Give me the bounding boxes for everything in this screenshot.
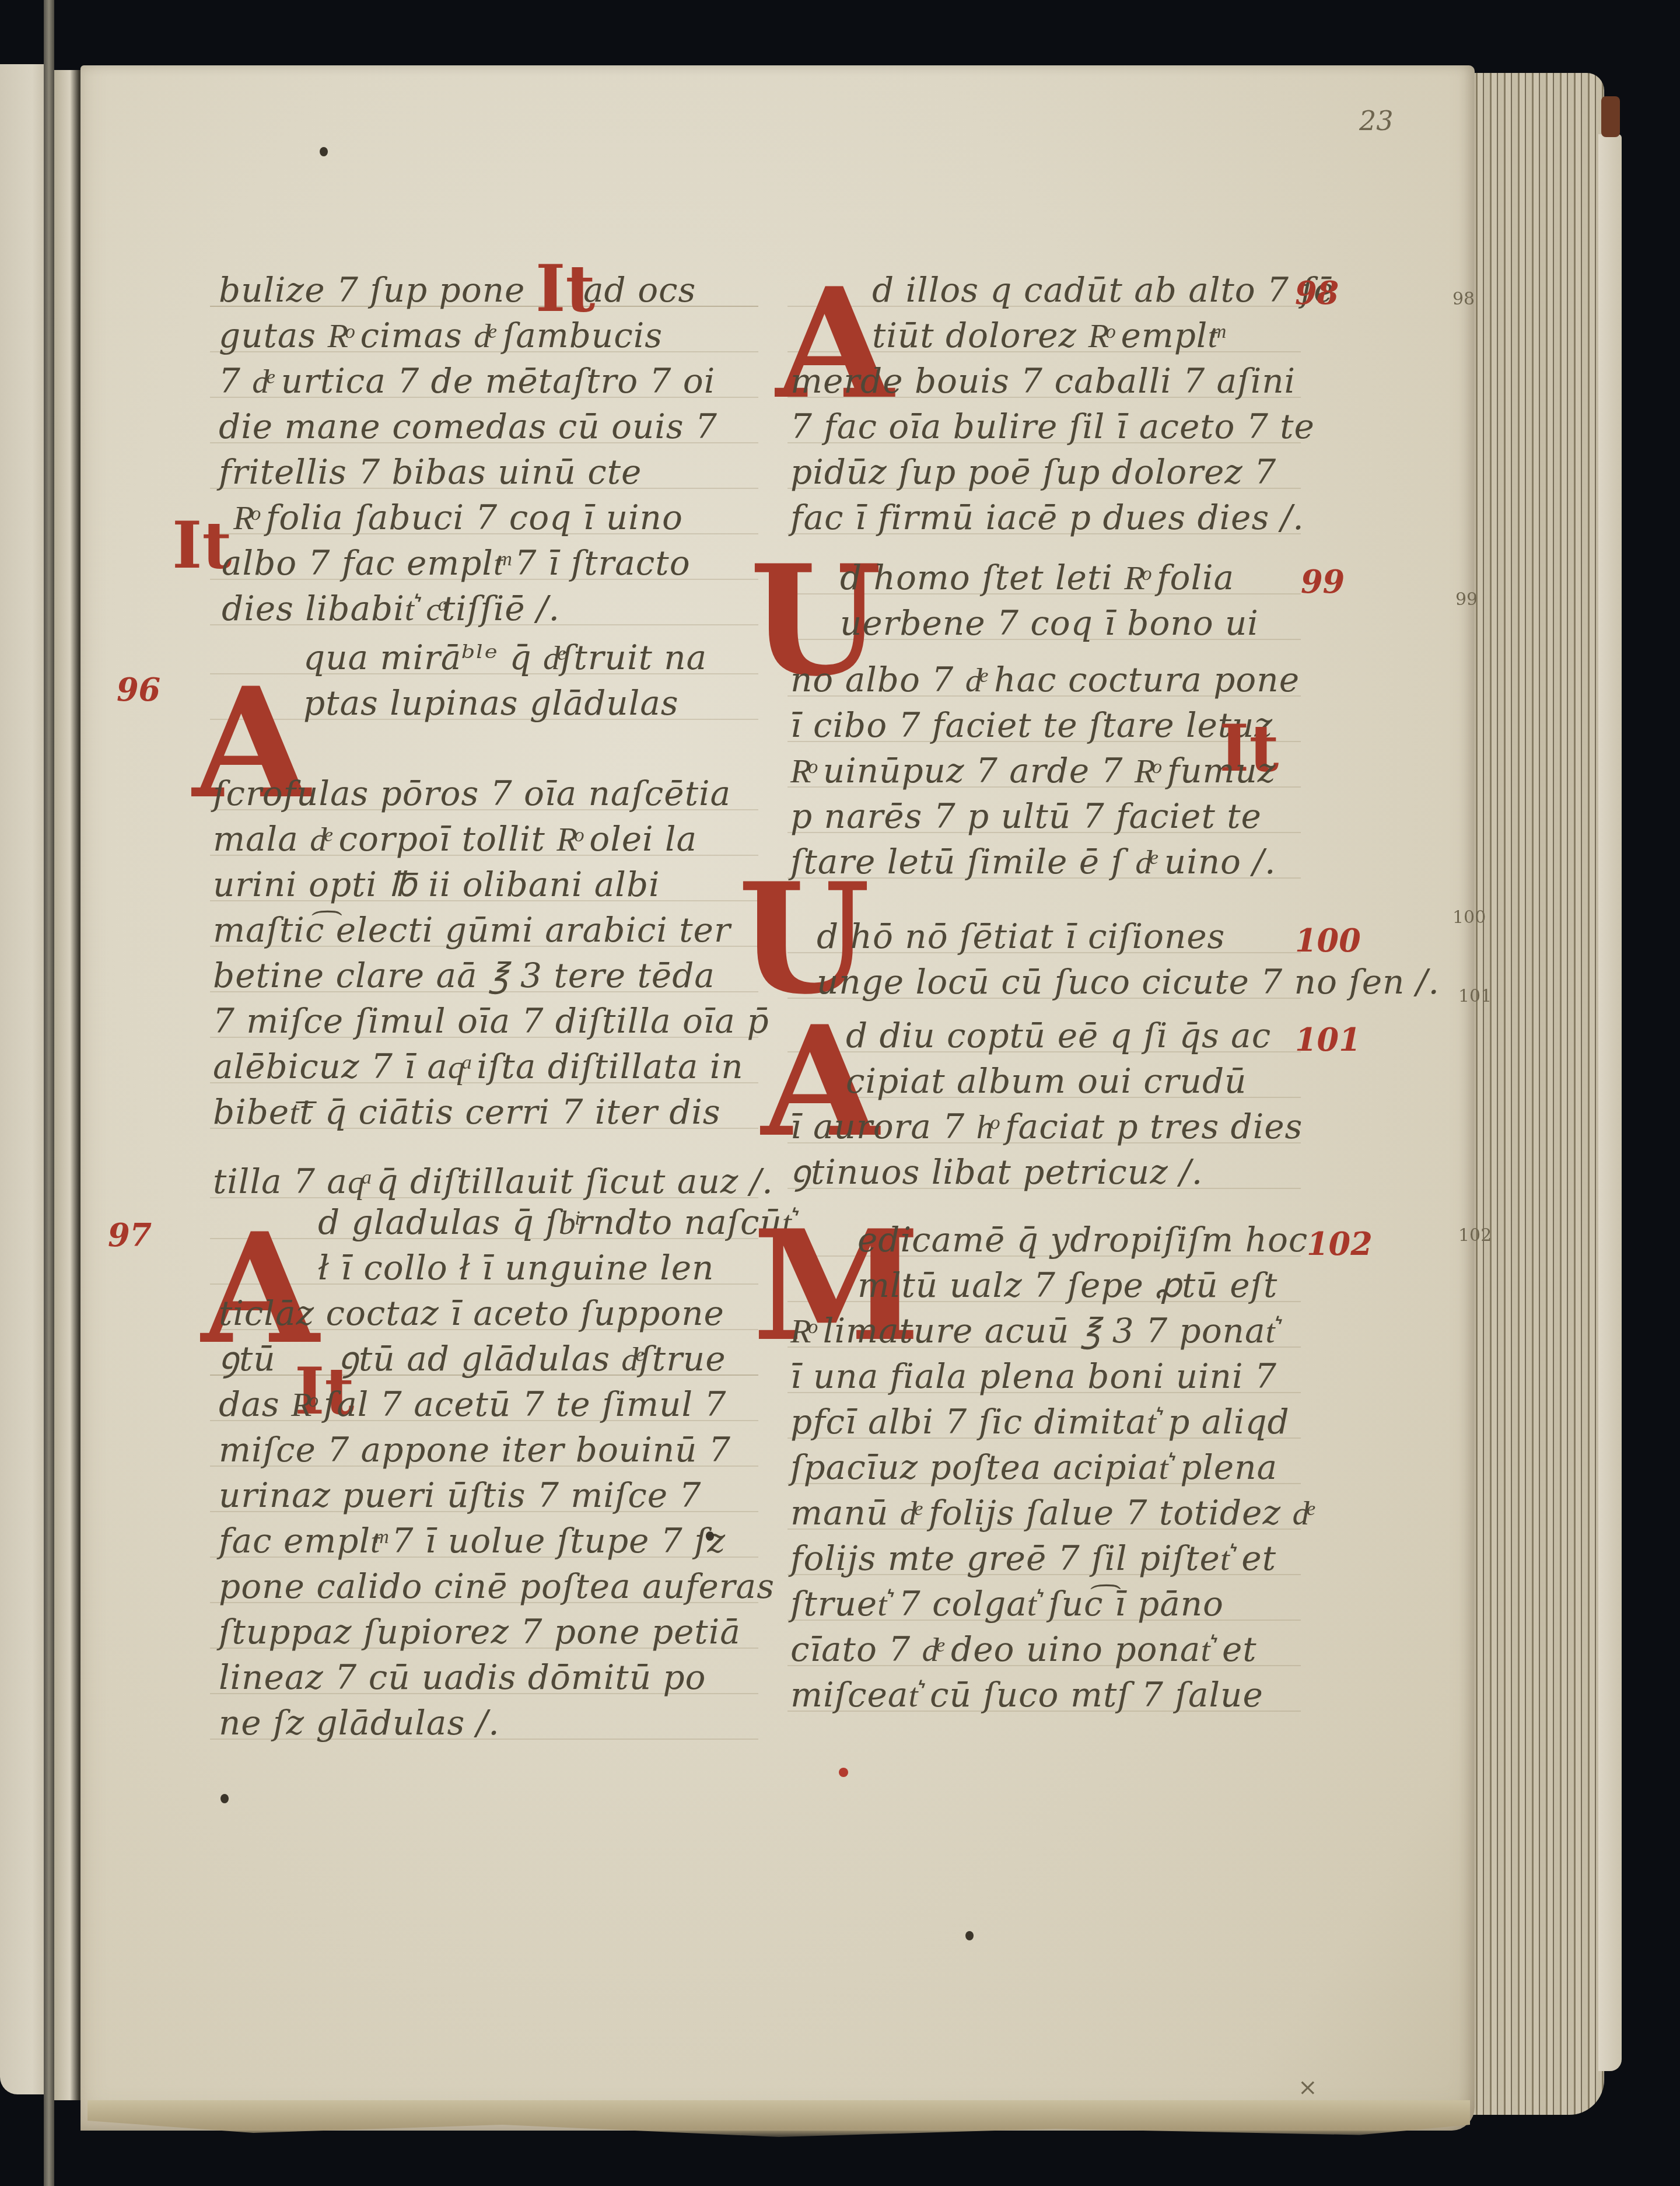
text-line: d diu coptū eē q ſi q̄s ac [846,1015,1271,1056]
text-line: d gladulas q̄ ſbͥrndto naſcūt͛ [318,1202,792,1243]
text-line: ſpacīuz poſtea acipiat͛ plena [790,1447,1277,1488]
frayed-bottom-edge [87,2100,1470,2141]
text-line: ticlāz coctaz ī aceto ſuppone [219,1293,724,1334]
text-line: ī cibo 7 faciet te ſtare letuz [790,705,1273,746]
text-line: ī aurora 7 hͦ faciat p tres dies [790,1106,1303,1147]
text-line: ł ī collo ł ī unguine len [318,1247,714,1288]
text-line: miſceat͛ cū ſuco mtſ 7 ſalue [790,1674,1263,1715]
folio-number: 23 [1359,105,1394,137]
rubric-number: 97 [108,1216,152,1254]
text-line: ne ſz glādulas /. [219,1702,500,1743]
text-line: bibet͞t q̄ ciātis cerri 7 iter dis [213,1092,721,1132]
text-line: ꝯtū ad glādulas dͤſtrue [338,1338,726,1379]
text-line: albo 7 fac empltͫ 7 ī ſtracto [222,543,691,583]
text-line: Rͦ folia ſabuci 7 coq ī uino [233,497,683,538]
prick-hole [706,1531,714,1541]
text-line: cīato 7 dͤ deo uino ponat͛ et [790,1629,1257,1670]
text-line: fritellis 7 bibas uinū cte [219,452,642,492]
text-line: ptas lupinas glādulas [303,683,679,723]
margin-number: 101 [1458,986,1492,1006]
text-line: edicamē q̄ ydropiſiſm hoc [857,1219,1308,1260]
prick-hole [320,147,328,156]
text-line: ſcrofulas pōros 7 oīa naſcētia [213,773,731,814]
text-line: mala dͤ corpoī tollit Rͦ olei la [213,819,697,859]
text-line: ſtruet͛ 7 colgat͛ ſuc͡ ī pāno [790,1583,1224,1624]
rubric-number: 101 [1295,1021,1361,1058]
text-line: d illos q cadūt ab alto 7 ſē [872,270,1334,310]
text-line: das Rͦ ſal 7 acetū 7 te ſimul 7 [219,1384,726,1425]
text-line: fac empltͫ 7 ī uolue ſtupe 7 ſz [219,1520,726,1561]
text-line: betine clare aā ℥ 3 tere tēda [213,955,715,996]
margin-number: 98 [1452,289,1475,309]
text-line: urinaz pueri ūſtis 7 miſce 7 [219,1475,701,1516]
text-line: pfcī albi 7 ſic dimitat͛ p aliqd [790,1401,1290,1442]
page-edge-stack [1470,73,1604,2115]
text-line: merde bouis 7 caballi 7 aſini [790,361,1296,401]
prick-hole [220,1794,229,1803]
rubric-number: 98 [1295,274,1339,312]
text-line: ad ocs [583,270,696,310]
text-line: cipiat album oui crudū [846,1061,1247,1101]
text-line: no albo 7 dͤ hac coctura pone [790,659,1300,700]
text-line: d hō nō ſētiat ī ciſiones [817,916,1225,957]
text-line: maſtic͡ electi gūmi arabici ter [213,910,731,950]
rubric-number: 96 [117,671,160,708]
text-line: ſtuppaz ſupiorez 7 pone petiā [219,1611,741,1652]
text-line: qua mirāᵇˡᵉ q̄ dͤſtruit na [303,637,707,678]
book-spine-shadow [44,0,54,2186]
text-line: uerbene 7 coq ī bono ui [840,603,1259,643]
text-line: pidūz ſup poē ſup dolorez 7 [790,452,1276,492]
margin-number: 100 [1452,907,1486,928]
text-line: ī una fiala plena boni uini 7 [790,1356,1277,1397]
margin-number: 99 [1455,589,1478,610]
rubric-number: 99 [1301,563,1345,600]
red-ink-dot [839,1768,848,1777]
rubric-number: 100 [1295,922,1361,959]
text-line: tilla 7 aqͣ q̄ diſtillauit ſicut auz /. [213,1161,773,1202]
text-line: mltū ualz 7 ſepe ꝓtū eſt [857,1265,1277,1306]
text-line: unge locū cū ſuco cicute 7 no ſen /. [817,961,1440,1002]
text-line: p narēs 7 p ultū 7 faciet te [790,796,1262,837]
margin-number: 102 [1458,1225,1492,1246]
text-line: urini opti ℔ ii olibani albi [213,864,660,905]
page-edge-flap [1598,134,1622,2071]
text-line: 7 miſce ſimul oīa 7 diſtilla oīa p̄ [213,1001,769,1041]
text-line: die mane comedas cū ouis 7 [219,406,717,447]
text-line: folijs mte greē 7 ſil piſtet͛ et [790,1538,1276,1579]
text-line: dies libabit͛ cͣtiſſiē /. [222,588,560,629]
prick-hole [965,1931,974,1940]
text-line: 7 fac oīa bulire ſil ī aceto 7 te [790,406,1315,447]
page-gutter [54,70,80,2100]
text-line: lineaz 7 cū uadis dōmitū po [219,1657,706,1698]
text-line: Rͦ uinūpuz 7 arde 7 Rͦ fumuz [790,750,1276,791]
text-line: ꝯtū [219,1338,276,1379]
text-line: miſce 7 appone iter bouinū 7 [219,1429,731,1470]
stray-mark: × [1298,2074,1318,2101]
text-line: alēbicuz 7 ī aqͣ iſta diſtillata in [213,1046,744,1087]
text-line: manū dͤ folijs ſalue 7 totidez dͤ [790,1492,1310,1533]
rubric-number: 102 [1307,1225,1373,1262]
binding-leather-fragment [1601,96,1620,137]
text-line: d homo ſtet leti Rͦ folia [840,557,1234,598]
text-line: tiūt dolorez Rͦ empltͫ [872,315,1218,356]
text-line: gutas Rͦ cimas dͤ ſambucis [219,315,663,356]
text-line: 7 dͤ urtica 7 de mētaſtro 7 oi [219,361,715,401]
text-line: pone calido cinē poſtea auferas [219,1566,775,1607]
text-line: ꝯtinuos libat petricuz /. [790,1152,1203,1192]
text-line: Rͦ limature acuū ℥ 3 7 ponat͛ [790,1310,1276,1351]
text-line: bulize 7 ſup pone [219,270,525,310]
